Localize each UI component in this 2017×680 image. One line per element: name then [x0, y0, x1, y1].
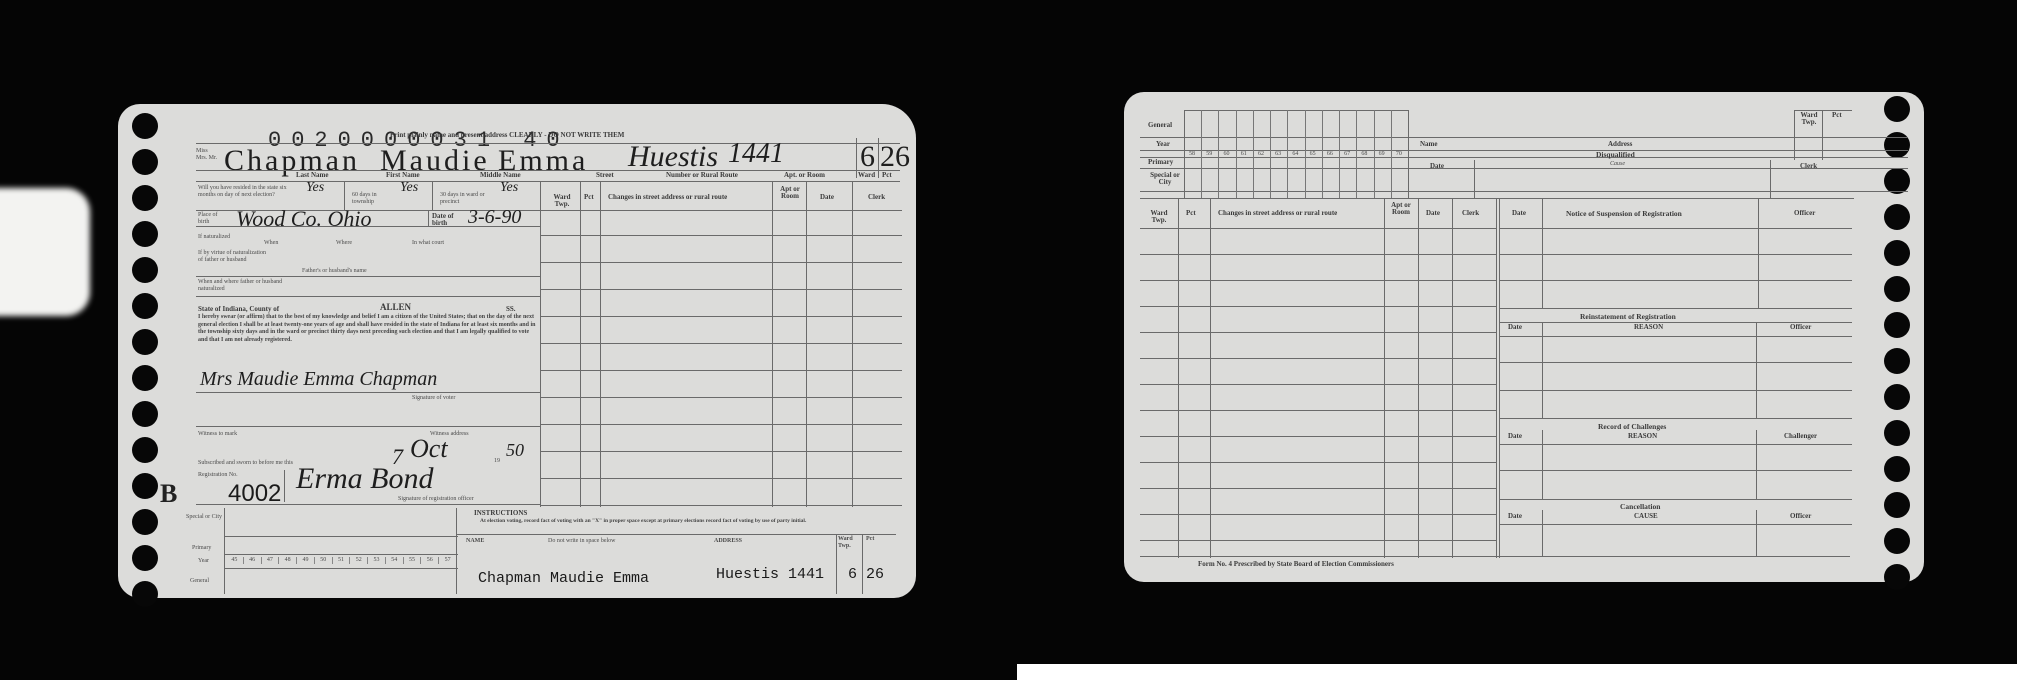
year-column: 68	[1357, 110, 1374, 198]
year-column: 59	[1202, 110, 1219, 198]
challenges-title: Record of Challenges	[1598, 423, 1666, 431]
divider	[580, 181, 581, 507]
voter-signature-label: Signature of voter	[412, 395, 455, 402]
year-cell: 70	[1396, 151, 1402, 157]
year-cell: 54	[386, 557, 404, 564]
divider	[1500, 418, 1852, 419]
divider	[1500, 499, 1852, 500]
place-of-birth-value: Wood Co. Ohio	[236, 206, 371, 232]
year-cell: 56	[421, 557, 439, 564]
divider	[1408, 110, 1409, 198]
divider	[1452, 198, 1453, 558]
divider	[1794, 110, 1795, 160]
naturalized-label: If naturalized	[198, 234, 230, 241]
punch-hole	[1884, 492, 1910, 518]
reinstatement-date-label: Date	[1508, 324, 1522, 331]
divider	[456, 534, 896, 535]
year-cell: 48	[279, 557, 297, 564]
punch-hole	[132, 257, 158, 283]
divider	[196, 181, 900, 182]
subscribed-year: 50	[506, 440, 524, 461]
divider	[1542, 430, 1543, 500]
year-cell: 61	[1241, 151, 1247, 157]
punch-hole	[132, 509, 158, 535]
divider	[196, 276, 540, 277]
back-pct-label: Pct	[1832, 112, 1842, 119]
divider	[772, 181, 773, 507]
divider	[1500, 254, 1852, 255]
cancellation-date-label: Date	[1508, 513, 1522, 520]
residency-ward-answer: Yes	[500, 180, 518, 196]
residency-township-question: 60 days in township	[352, 192, 400, 205]
divider	[1140, 410, 1496, 411]
punch-hole	[132, 473, 158, 499]
divider	[540, 424, 902, 425]
year-cell: 57	[439, 557, 456, 564]
number-value: 1441	[728, 138, 784, 170]
divider	[1140, 436, 1496, 437]
year-column: 62	[1254, 110, 1271, 198]
label-middle-name: Middle Name	[480, 172, 521, 179]
year-cell: 47	[262, 557, 280, 564]
divider	[1500, 280, 1852, 281]
street-value: Huestis	[628, 140, 718, 174]
last-name-value: Chapman	[224, 144, 360, 178]
divider	[1756, 430, 1757, 500]
label-first-name: First Name	[386, 172, 420, 179]
cancellation-cause-label: CAUSE	[1634, 513, 1658, 520]
divider	[540, 262, 902, 263]
divider	[1542, 510, 1543, 556]
year-cell: 49	[297, 557, 315, 564]
year-cell: 65	[1310, 151, 1316, 157]
divider	[836, 534, 837, 594]
title-prefix: Miss Mrs. Mr.	[196, 148, 218, 161]
blurred-card-edge	[0, 188, 90, 316]
grid-label-general: General	[190, 578, 209, 585]
label-ward: Ward	[858, 172, 875, 179]
divider	[540, 235, 902, 236]
back-grid-label-year: Year	[1156, 141, 1170, 148]
year-cell: 51	[333, 557, 351, 564]
divider	[428, 210, 429, 226]
divider	[284, 470, 285, 502]
divider	[224, 554, 458, 555]
divider	[1178, 198, 1179, 558]
footer-address-value: Huestis 1441	[716, 566, 824, 583]
divider	[1500, 336, 1852, 337]
divider	[1210, 198, 1211, 558]
cancellation-title: Cancellation	[1620, 503, 1660, 511]
witness-label: Witness to mark	[198, 431, 237, 438]
year-cell: 52	[350, 557, 368, 564]
year-cell: 45	[226, 557, 244, 564]
year-cell: 60	[1223, 151, 1229, 157]
residency-ward-question: 30 days in ward or precinct	[440, 192, 500, 205]
footer-ward-value: 6	[848, 566, 857, 583]
divider	[540, 181, 541, 507]
subscribed-month: Oct	[410, 434, 448, 464]
year-cell: 66	[1327, 151, 1333, 157]
divider	[852, 181, 853, 507]
divider	[856, 138, 857, 178]
front-col-date: Date	[820, 194, 834, 201]
punch-hole	[132, 401, 158, 427]
oath-state: State of Indiana, County of	[198, 306, 279, 313]
divider	[456, 508, 457, 594]
suspension-date-label: Date	[1512, 210, 1526, 217]
year-cell: 46	[244, 557, 262, 564]
scan-edge-strip	[1017, 664, 2017, 680]
back-col-date: Date	[1426, 210, 1440, 217]
naturalized-when: When	[264, 240, 278, 247]
punch-hole	[1884, 528, 1910, 554]
divider	[1500, 470, 1852, 471]
naturalized-where: Where	[336, 240, 352, 247]
back-grid-label-special: Special or City	[1150, 172, 1180, 187]
divider	[432, 182, 433, 210]
punch-hole	[1884, 456, 1910, 482]
divider	[1756, 322, 1757, 418]
divider	[1756, 510, 1757, 556]
divider	[1140, 488, 1496, 489]
divider	[862, 534, 863, 594]
divider	[1140, 306, 1496, 307]
divider	[224, 536, 458, 537]
divider	[1500, 444, 1852, 445]
front-year-row: 45 46 47 48 49 50 51 52 53 54 55 56 57	[226, 557, 456, 564]
divider	[878, 138, 879, 178]
grid-label-special: Special or City	[186, 514, 222, 521]
subscribed-label: Subscribed and sworn to before me this	[198, 460, 293, 467]
officer-signature: Erma Bond	[296, 462, 434, 496]
challenges-reason-label: REASON	[1628, 433, 1657, 440]
year-column: 66	[1323, 110, 1340, 198]
punch-hole	[132, 221, 158, 247]
officer-signature-label: Signature of registration officer	[398, 496, 474, 503]
divider	[224, 508, 225, 594]
back-col-ward: Ward Twp.	[1146, 210, 1172, 225]
place-of-birth-label: Place of birth	[198, 212, 228, 225]
divider	[540, 343, 902, 344]
year-cell: 69	[1379, 151, 1385, 157]
divider	[1140, 540, 1496, 541]
oath-county: ALLEN	[380, 303, 411, 312]
form-footer-text: Form No. 4 Prescribed by State Board of …	[1198, 561, 1394, 568]
punch-hole	[132, 437, 158, 463]
year-column: 65	[1306, 110, 1323, 198]
divider	[1500, 322, 1852, 323]
divider	[1542, 198, 1543, 308]
label-pct: Pct	[882, 172, 892, 179]
year-cell: 62	[1258, 151, 1264, 157]
divider	[1418, 198, 1419, 558]
ward-value: 6	[860, 140, 875, 174]
punch-hole	[132, 365, 158, 391]
pct-value: 26	[880, 140, 910, 174]
divider	[1500, 390, 1852, 391]
back-col-clerk: Clerk	[1462, 210, 1479, 217]
instructions-text: At election voting, record fact of votin…	[480, 518, 900, 525]
divider	[540, 505, 902, 506]
back-cause-label: Cause	[1610, 161, 1625, 168]
divider	[1384, 198, 1385, 558]
label-street: Street	[596, 172, 614, 179]
year-column: 69	[1375, 110, 1392, 198]
punch-hole	[1884, 240, 1910, 266]
year-cell: 67	[1344, 151, 1350, 157]
divider	[1542, 322, 1543, 418]
oath-text: I hereby swear (or affirm) that to the b…	[198, 314, 538, 344]
footer-name-label: NAME	[466, 538, 484, 545]
back-grid-label-general: General	[1148, 122, 1172, 129]
divider	[1140, 384, 1496, 385]
divider	[1500, 308, 1852, 309]
year-cell: 53	[368, 557, 386, 564]
year-column: 67	[1340, 110, 1357, 198]
punch-hole	[1884, 312, 1910, 338]
back-name-label: Name	[1420, 141, 1438, 148]
footer-pct-label: Pct	[866, 536, 874, 543]
year-cell: 68	[1361, 151, 1367, 157]
oath-ss: SS.	[506, 306, 516, 313]
divider	[600, 181, 601, 507]
subscribed-year-prefix: 19	[494, 458, 500, 465]
divider	[1758, 198, 1759, 308]
naturalized-court: In what court	[412, 240, 444, 247]
grid-label-primary: Primary	[192, 545, 211, 552]
punch-hole	[1884, 132, 1910, 158]
footer-do-not-write: Do not write in space below	[548, 538, 615, 545]
punch-hole	[1884, 96, 1910, 122]
label-apt: Apt. or Room	[784, 172, 825, 179]
challenges-date-label: Date	[1508, 433, 1522, 440]
divider	[540, 370, 902, 371]
year-cell: 63	[1275, 151, 1281, 157]
divider	[540, 316, 902, 317]
punch-hole	[132, 113, 158, 139]
front-col-apt: Apt or Room	[778, 186, 802, 201]
back-disqualified-label: Disqualified	[1596, 151, 1635, 159]
divider	[1140, 332, 1496, 333]
divider	[1822, 110, 1823, 160]
punch-hole	[1884, 420, 1910, 446]
registration-letter: B	[160, 480, 177, 507]
back-col-apt: Apt or Room	[1388, 202, 1414, 217]
divider	[196, 504, 540, 505]
suspension-officer-label: Officer	[1794, 210, 1815, 217]
punch-hole	[132, 329, 158, 355]
front-col-pct: Pct	[584, 194, 594, 201]
voter-signature: Mrs Maudie Emma Chapman	[200, 368, 437, 391]
grid-label-year: Year	[198, 558, 209, 565]
divider	[1500, 228, 1852, 229]
back-address-label: Address	[1608, 141, 1632, 148]
divider	[1140, 198, 1854, 199]
punch-hole	[132, 581, 158, 607]
back-clerk-label: Clerk	[1800, 163, 1817, 170]
divider	[196, 296, 540, 297]
divider	[1770, 160, 1771, 198]
residency-state-question: Will you have resided in the state six m…	[198, 185, 300, 198]
father-name-label: Father's or husband's name	[302, 268, 367, 275]
reinstatement-title: Reinstatement of Registration	[1580, 313, 1676, 321]
divider	[1140, 462, 1496, 463]
divider	[1140, 514, 1496, 515]
back-ward-label: Ward Twp.	[1798, 112, 1820, 127]
father-naturalization-label: If by virtue of naturalization of father…	[198, 250, 268, 263]
back-col-changes: Changes in street address or rural route	[1218, 210, 1337, 217]
front-col-ward: Ward Twp.	[550, 194, 574, 209]
year-column: 61	[1237, 110, 1254, 198]
punch-hole	[1884, 348, 1910, 374]
label-last-name: Last Name	[296, 172, 328, 179]
reinstatement-reason-label: REASON	[1634, 324, 1663, 331]
label-number: Number or Rural Route	[666, 172, 738, 179]
instructions-title: INSTRUCTIONS	[474, 510, 527, 517]
year-cell: 50	[315, 557, 333, 564]
footer-ward-label: Ward Twp.	[838, 536, 858, 549]
challenges-challenger-label: Challenger	[1784, 433, 1817, 440]
divider	[540, 451, 902, 452]
back-grid-label-primary: Primary	[1148, 159, 1173, 166]
front-col-clerk: Clerk	[868, 194, 885, 201]
footer-address-label: ADDRESS	[714, 538, 742, 545]
residency-township-answer: Yes	[400, 180, 418, 196]
year-column: 58	[1185, 110, 1202, 198]
divider	[540, 289, 902, 290]
reinstatement-officer-label: Officer	[1790, 324, 1811, 331]
cancellation-officer-label: Officer	[1790, 513, 1811, 520]
divider	[1496, 198, 1497, 558]
punch-hole	[132, 185, 158, 211]
back-year-columns: 58 59 60 61 62 63 64 65 66 67 68 69 70	[1185, 110, 1408, 198]
divider	[540, 397, 902, 398]
father-naturalized-when-where: When and where father or husband natural…	[198, 279, 290, 292]
divider	[540, 210, 902, 211]
back-col-pct: Pct	[1186, 210, 1196, 217]
footer-pct-value: 26	[866, 566, 884, 583]
divider	[1140, 254, 1496, 255]
divider	[1500, 524, 1852, 525]
registration-no-label: Registration No.	[198, 472, 238, 479]
back-date-label: Date	[1430, 163, 1444, 170]
year-column: 63	[1271, 110, 1288, 198]
punch-hole	[132, 149, 158, 175]
divider	[1140, 228, 1496, 229]
divider	[196, 226, 540, 227]
divider	[540, 478, 902, 479]
divider	[1140, 280, 1496, 281]
year-column: 60	[1219, 110, 1236, 198]
divider	[196, 426, 540, 427]
divider	[1499, 198, 1500, 558]
front-col-changes: Changes in street address or rural route	[608, 194, 727, 201]
divider	[806, 181, 807, 507]
punch-hole	[1884, 384, 1910, 410]
footer-name-value: Chapman Maudie Emma	[478, 570, 649, 587]
year-column: 70	[1392, 110, 1408, 198]
punch-hole	[1884, 204, 1910, 230]
divider	[1474, 160, 1475, 198]
punch-hole	[1884, 564, 1910, 590]
year-cell: 55	[404, 557, 422, 564]
year-cell: 59	[1206, 151, 1212, 157]
punch-hole	[132, 293, 158, 319]
punch-hole	[132, 545, 158, 571]
top-instruction: Print plainly name and present address C…	[390, 132, 624, 139]
divider	[1140, 358, 1496, 359]
divider	[1140, 556, 1850, 557]
year-cell: 58	[1189, 151, 1195, 157]
suspension-title: Notice of Suspension of Registration	[1566, 210, 1682, 218]
punch-hole	[1884, 276, 1910, 302]
year-column: 64	[1288, 110, 1305, 198]
year-cell: 64	[1292, 151, 1298, 157]
residency-state-answer: Yes	[306, 180, 324, 196]
divider	[1500, 362, 1852, 363]
divider	[196, 392, 540, 393]
divider	[224, 568, 458, 569]
